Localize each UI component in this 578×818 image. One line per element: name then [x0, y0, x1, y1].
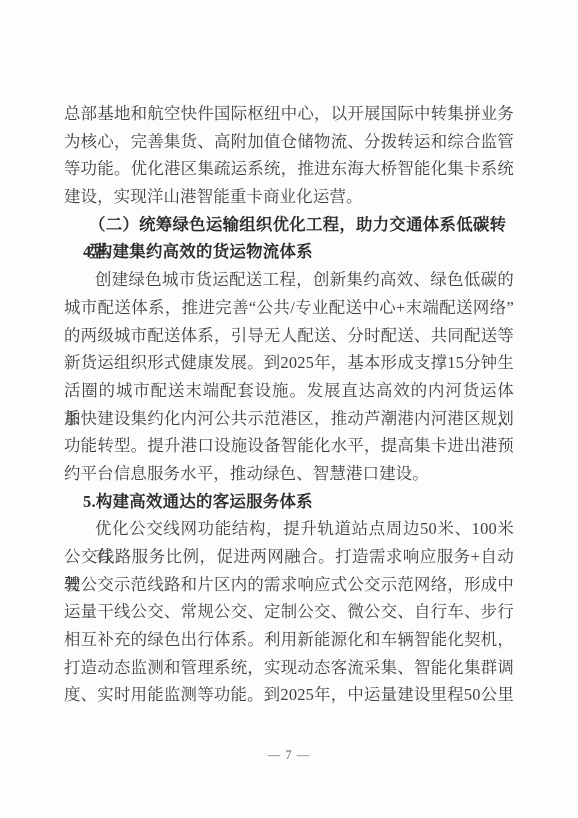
section-heading: （二）统筹绿色运输组织优化工程，助力交通体系低碳转型 — [64, 211, 514, 239]
subsection-heading: 5.构建高效通达的客运服务体系 — [64, 488, 514, 516]
page-footer: — 7 — — [0, 748, 578, 763]
text-line: 公交线路服务比例，促进两网融合。打造需求响应服务+自动驾 — [64, 543, 514, 571]
text-line: 打造动态监测和管理系统，实现动态客流采集、智能化集群调 — [64, 654, 514, 682]
text-line: 为核心，完善集货、高附加值仓储物流、分拨转运和综合监管 — [64, 128, 514, 156]
text-line: 优化公交线网功能结构，提升轨道站点周边50米、100米有 — [64, 515, 514, 543]
text-line: 相互补充的绿色出行体系。利用新能源化和车辆智能化契机， — [64, 626, 514, 654]
text-line: 新货运组织形式健康发展。到2025年，基本形成支撑15分钟生 — [64, 349, 514, 377]
text-line: 城市配送体系，推进完善“公共/专业配送中心+末端配送网络” — [64, 294, 514, 322]
subsection-heading: 4.构建集约高效的货运物流体系 — [64, 238, 514, 266]
text-line: 功能转型。提升港口设施设备智能化水平，提高集卡进出港预 — [64, 432, 514, 460]
text-line: 度、实时用能监测等功能。到2025年，中运量建设里程50公里 — [64, 681, 514, 709]
text-line: 总部基地和航空快件国际枢纽中心，以开展国际中转集拼业务 — [64, 100, 514, 128]
text-line: 建设，实现洋山港智能重卡商业化运营。 — [64, 183, 514, 211]
text-line: 等功能。优化港区集疏运系统，推进东海大桥智能化集卡系统 — [64, 155, 514, 183]
text-line: 驶公交示范线路和片区内的需求响应式公交示范网络，形成中 — [64, 571, 514, 599]
document-content: 总部基地和航空快件国际枢纽中心，以开展国际中转集拼业务为核心，完善集货、高附加值… — [64, 100, 514, 709]
text-line: 活圈的城市配送末端配套设施。发展直达高效的内河货运体系， — [64, 377, 514, 405]
text-line: 创建绿色城市货运配送工程，创新集约高效、绿色低碳的 — [64, 266, 514, 294]
text-line: 约平台信息服务水平，推动绿色、智慧港口建设。 — [64, 460, 514, 488]
text-line: 运量干线公交、常规公交、定制公交、微公交、自行车、步行 — [64, 598, 514, 626]
document-page: 总部基地和航空快件国际枢纽中心，以开展国际中转集拼业务为核心，完善集货、高附加值… — [0, 0, 578, 818]
text-line: 加快建设集约化内河公共示范港区，推动芦潮港内河港区规划 — [64, 405, 514, 433]
page-number: — 7 — — [268, 748, 311, 762]
text-line: 的两级城市配送体系，引导无人配送、分时配送、共同配送等 — [64, 322, 514, 350]
